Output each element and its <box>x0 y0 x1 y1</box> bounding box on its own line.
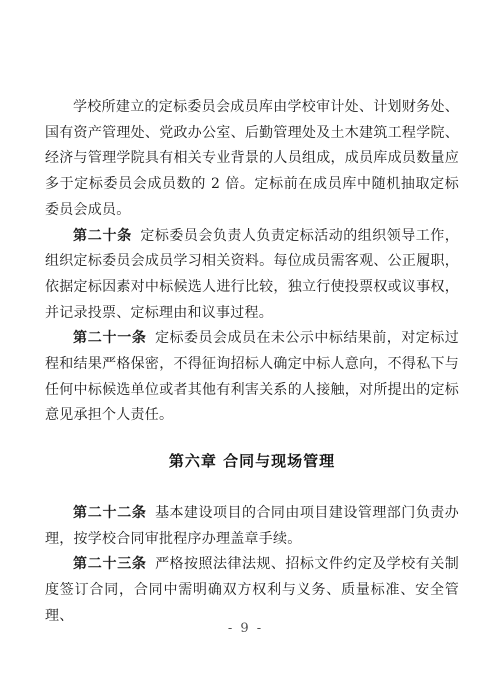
document-page: 学校所建立的定标委员会成员库由学校审计处、计划财务处、国有资产管理处、党政办公室… <box>0 0 491 699</box>
article-label-20: 第二十条 <box>73 228 132 244</box>
document-body: 学校所建立的定标委员会成员库由学校审计处、计划财务处、国有资产管理处、党政办公室… <box>45 95 459 629</box>
paragraph-article-21: 第二十一条定标委员会成员在未公示中标结果前，对定标过程和结果严格保密，不得征询招… <box>45 326 459 429</box>
chapter-heading: 第六章 合同与现场管理 <box>45 449 459 475</box>
article-label-22: 第二十二条 <box>73 505 147 521</box>
article-label-21: 第二十一条 <box>73 330 147 346</box>
page-number: - 9 - <box>0 621 491 636</box>
paragraph-text: 学校所建立的定标委员会成员库由学校审计处、计划财务处、国有资产管理处、党政办公室… <box>45 99 459 218</box>
paragraph-member-pool: 学校所建立的定标委员会成员库由学校审计处、计划财务处、国有资产管理处、党政办公室… <box>45 95 459 224</box>
paragraph-article-23: 第二十三条严格按照法律法规、招标文件约定及学校有关制度签订合同，合同中需明确双方… <box>45 552 459 629</box>
paragraph-article-22: 第二十二条基本建设项目的合同由项目建设管理部门负责办理，按学校合同审批程序办理盖… <box>45 501 459 552</box>
paragraph-article-20: 第二十条定标委员会负责人负责定标活动的组织领导工作，组织定标委员会成员学习相关资… <box>45 224 459 327</box>
article-label-23: 第二十三条 <box>73 556 147 572</box>
